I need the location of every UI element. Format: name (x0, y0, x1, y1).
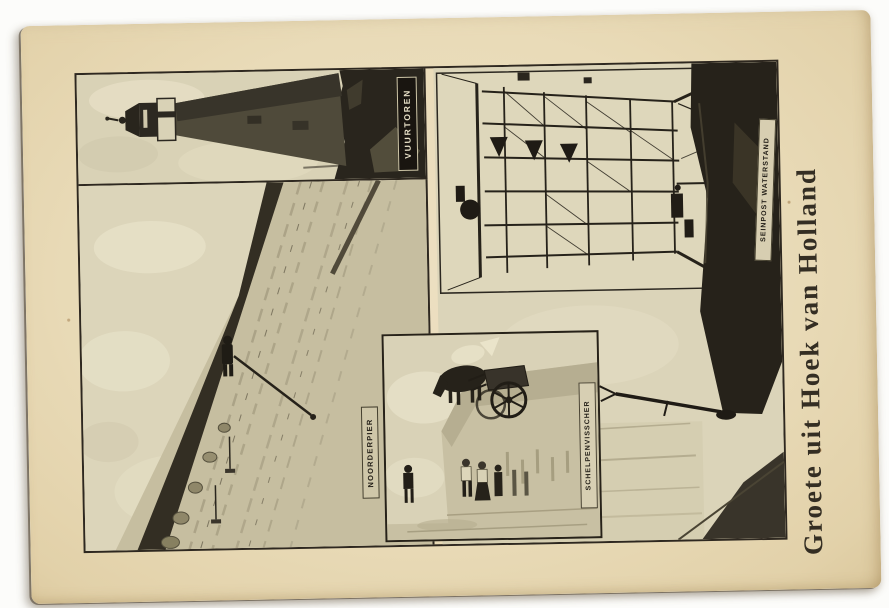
postcard: VUURTOREN (21, 10, 882, 604)
photo-schelpenvisscher: SCHELPENVISSCHER (382, 330, 603, 542)
lighthouse-illustration (76, 68, 425, 184)
photo-label-vuurtoren: VUURTOREN (397, 77, 419, 171)
shell-fisher-illustration (384, 332, 601, 540)
collage-frame: VUURTOREN (74, 60, 787, 553)
photo-label-schelpenvisscher: SCHELPENVISSCHER (578, 382, 597, 508)
postcard-title: Groete uit Hoek van Holland (779, 169, 840, 554)
photo-label-noorderpier: NOORDERPIER (361, 406, 380, 498)
photo-vuurtoren: VUURTOREN (76, 68, 427, 186)
